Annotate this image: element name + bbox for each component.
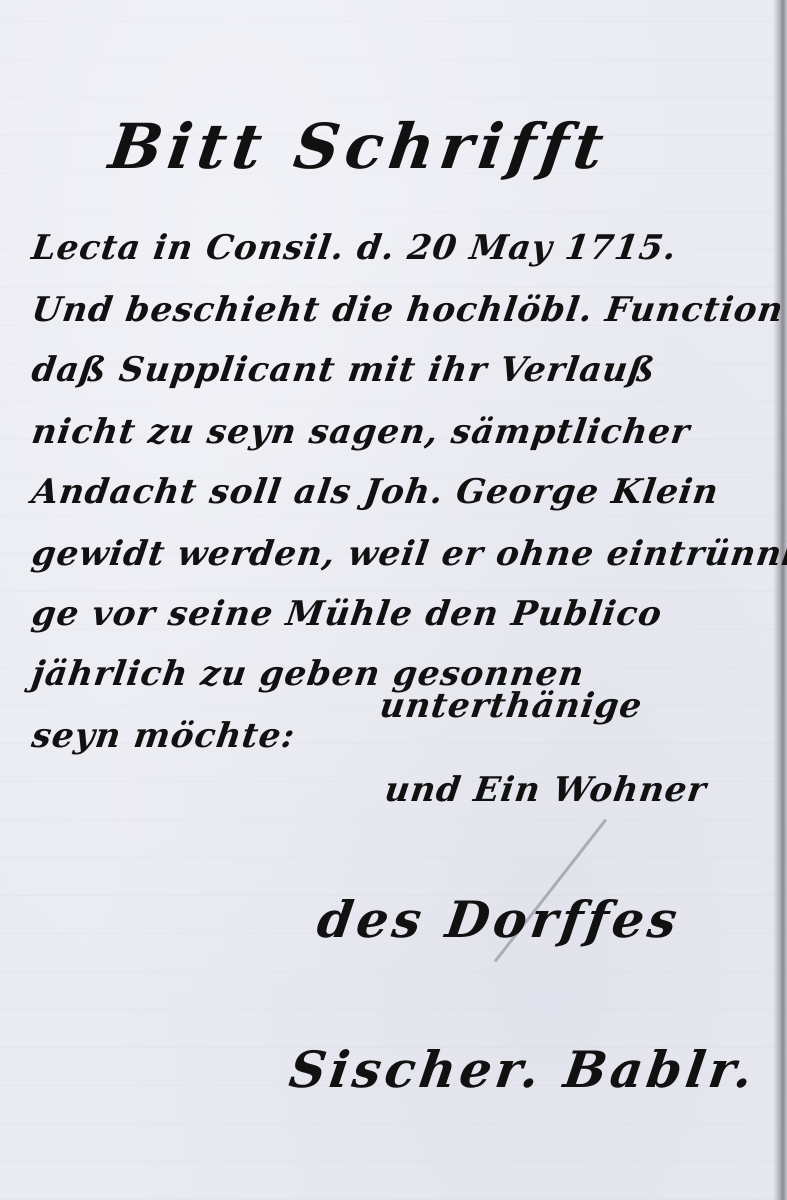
- body-line-1: Lecta in Consil. d. 20 May 1715.: [29, 228, 679, 268]
- closing-line-1: unterthänige: [377, 686, 645, 726]
- body-line-5: Andacht soll als Joh. George Klein: [29, 472, 721, 512]
- document-title: Bitt Schrifft: [105, 110, 614, 183]
- body-line-9: seyn möchte:: [29, 716, 298, 756]
- body-line-2: Und beschieht die hochlöbl. Function: [29, 290, 786, 330]
- body-line-7: ge vor seine Mühle den Publico: [29, 594, 665, 634]
- signature-line-2: Sischer. Bablr.: [286, 1040, 760, 1099]
- closing-line-2: und Ein Wohner: [382, 770, 709, 810]
- manuscript-page: Bitt Schrifft Lecta in Consil. d. 20 May…: [0, 0, 787, 1200]
- body-line-6: gewidt werden, weil er ohne eintrünnbar-: [29, 534, 787, 574]
- body-line-3: daß Supplicant mit ihr Verlauß: [29, 350, 658, 390]
- page-edge-shadow: [773, 0, 787, 1200]
- signature-line-1: des Dorffes: [314, 890, 685, 949]
- body-line-4: nicht zu seyn sagen, sämptlicher: [29, 412, 693, 452]
